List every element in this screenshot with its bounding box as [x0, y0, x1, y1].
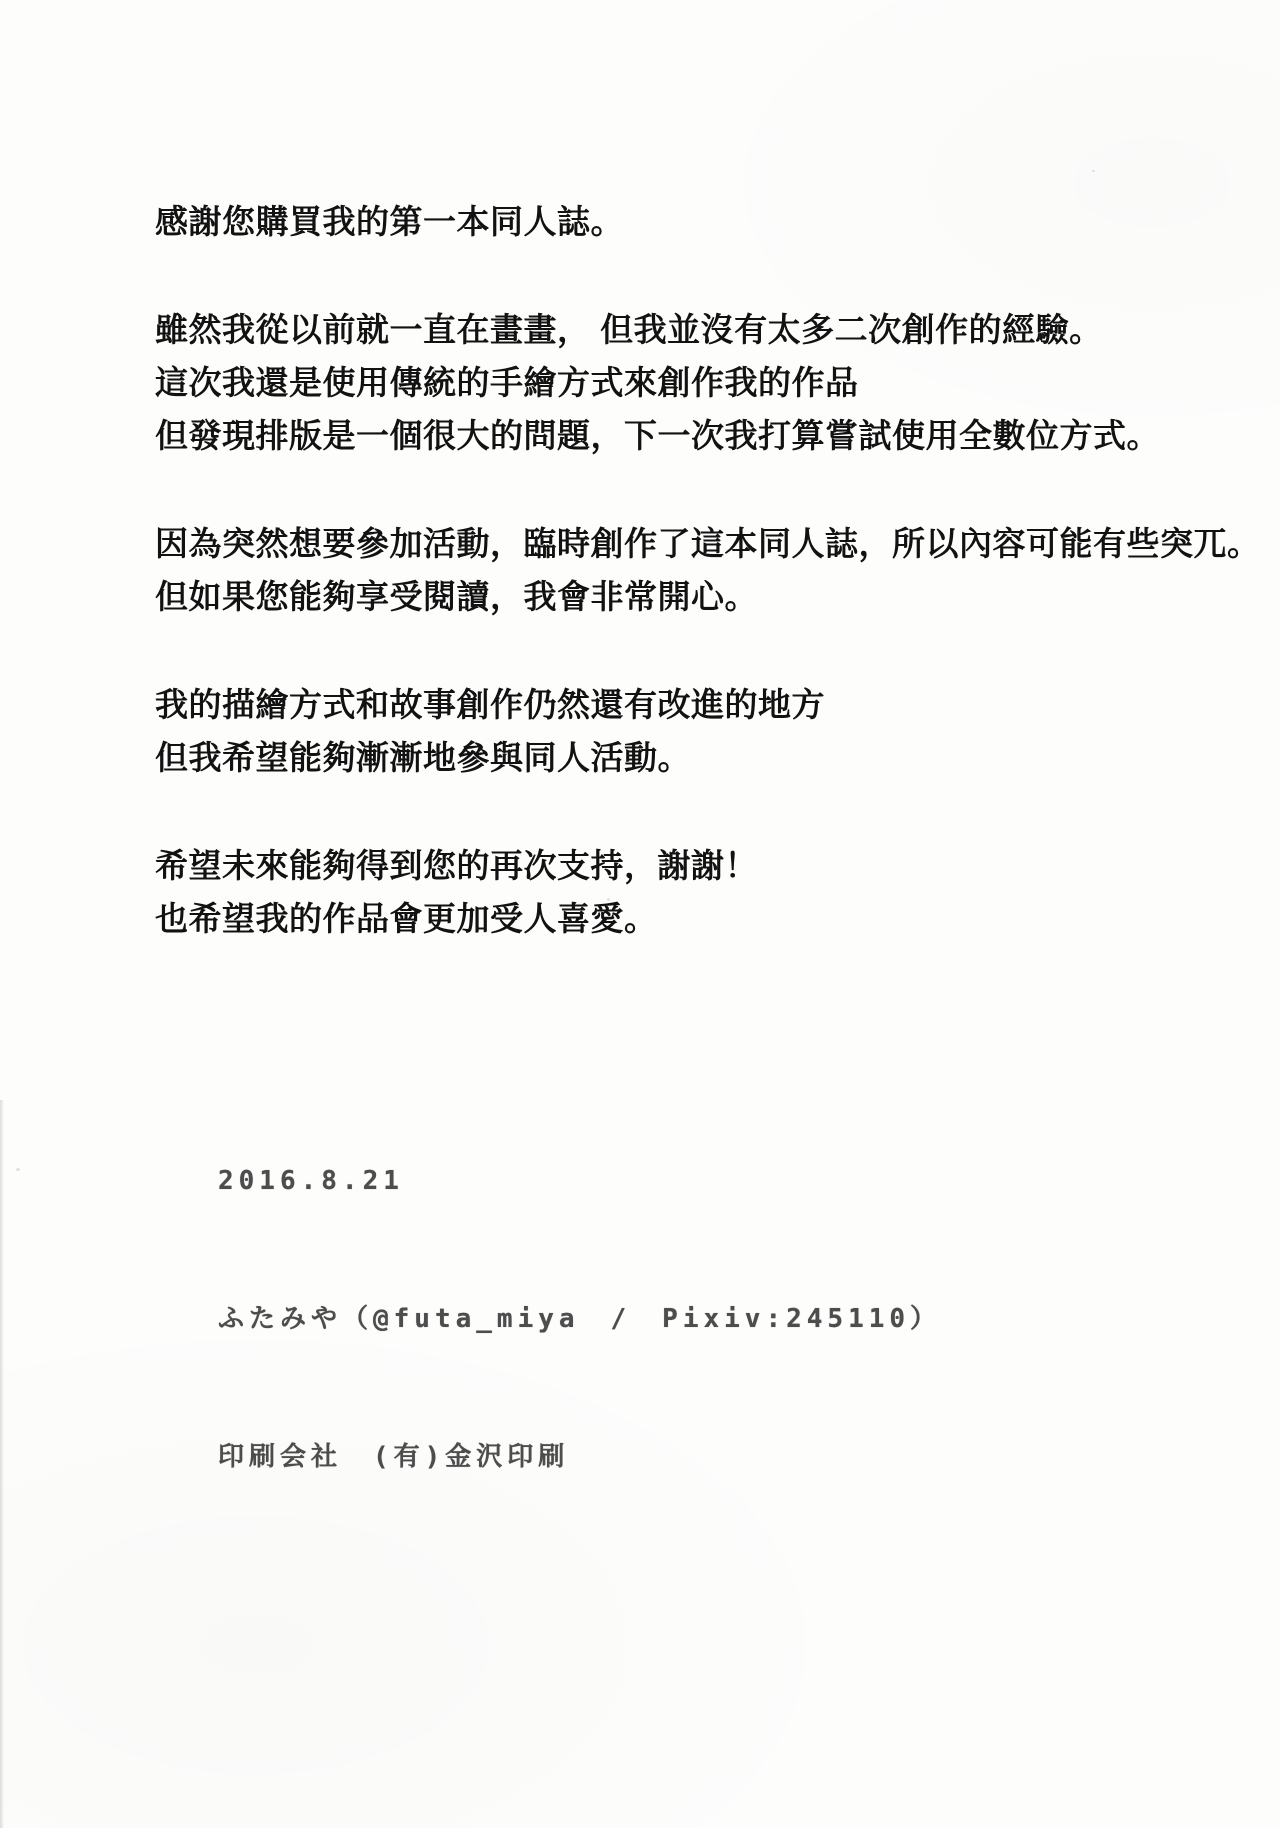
- afterword-line: 雖然我從以前就一直在畫畫， 但我並沒有太多二次創作的經驗。: [155, 303, 1235, 356]
- afterword-line: 感謝您購買我的第一本同人誌。: [155, 195, 1235, 248]
- scan-speck-artifact: [1092, 170, 1095, 172]
- afterword-line: 希望未來能夠得到您的再次支持，謝謝！: [155, 839, 1235, 892]
- credits-block: 2016.8.21 ふたみや（@futa_miya / Pixiv:245110…: [218, 1066, 941, 1572]
- paragraph-experience: 雖然我從以前就一直在畫畫， 但我並沒有太多二次創作的經驗。 這次我還是使用傳統的…: [155, 303, 1235, 462]
- paragraph-improvement: 我的描繪方式和故事創作仍然還有改進的地方 但我希望能夠漸漸地參與同人活動。: [155, 678, 1235, 784]
- afterword-line: 我的描繪方式和故事創作仍然還有改進的地方: [155, 678, 1235, 731]
- afterword-line: 但如果您能夠享受閱讀，我會非常開心。: [155, 570, 1235, 623]
- afterword-page: 感謝您購買我的第一本同人誌。 雖然我從以前就一直在畫畫， 但我並沒有太多二次創作…: [0, 0, 1280, 1828]
- afterword-line: 也希望我的作品會更加受人喜愛。: [155, 892, 1235, 945]
- paragraph-thanks: 感謝您購買我的第一本同人誌。: [155, 195, 1235, 248]
- credit-printer: 印刷会社 (有)金沢印刷: [218, 1434, 941, 1480]
- paragraph-event: 因為突然想要參加活動，臨時創作了這本同人誌，所以內容可能有些突兀。 但如果您能夠…: [155, 517, 1235, 623]
- scan-speck-artifact: [607, 898, 610, 901]
- scan-edge-artifact: [0, 1100, 4, 1828]
- afterword-line: 但我希望能夠漸漸地參與同人活動。: [155, 731, 1235, 784]
- credit-date: 2016.8.21: [218, 1158, 941, 1204]
- scan-speck-artifact: [16, 1168, 20, 1171]
- afterword-line: 因為突然想要參加活動，臨時創作了這本同人誌，所以內容可能有些突兀。: [155, 517, 1235, 570]
- afterword-text: 感謝您購買我的第一本同人誌。 雖然我從以前就一直在畫畫， 但我並沒有太多二次創作…: [155, 195, 1235, 1000]
- afterword-line: 但發現排版是一個很大的問題，下一次我打算嘗試使用全數位方式。: [155, 409, 1235, 462]
- credit-author: ふたみや（@futa_miya / Pixiv:245110）: [218, 1296, 941, 1342]
- paragraph-closing: 希望未來能夠得到您的再次支持，謝謝！ 也希望我的作品會更加受人喜愛。: [155, 839, 1235, 945]
- afterword-line: 這次我還是使用傳統的手繪方式來創作我的作品: [155, 356, 1235, 409]
